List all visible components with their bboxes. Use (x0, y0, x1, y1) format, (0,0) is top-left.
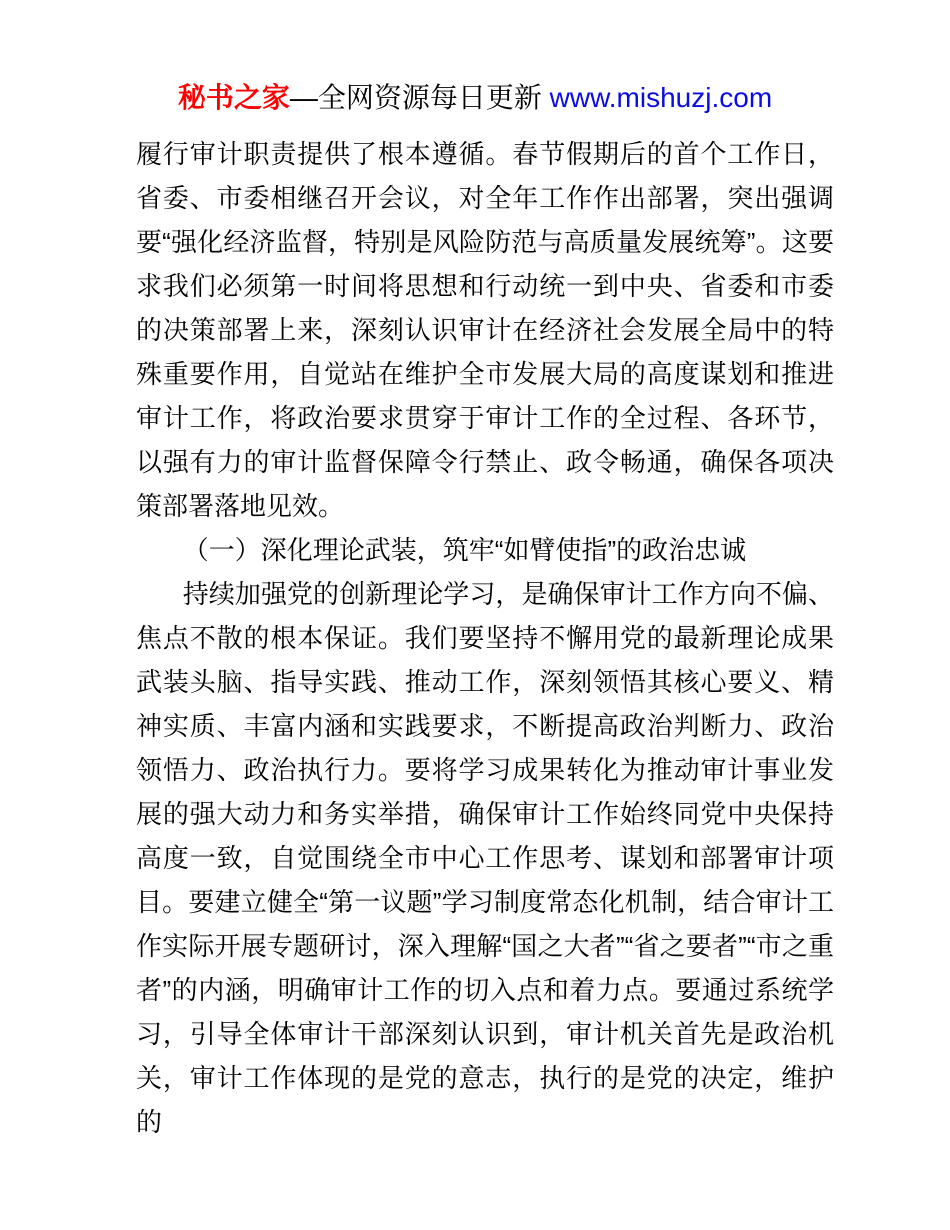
document-body: 履行审计职责提供了根本遵循。春节假期后的首个工作日，省委、市委相继召开会议，对全… (136, 132, 834, 1144)
body-paragraph: 持续加强党的创新理论学习，是确保审计工作方向不偏、焦点不散的根本保证。我们要坚持… (136, 572, 834, 1144)
section-heading: （一）深化理论武装，筑牢“如臂使指”的政治忠诚 (136, 528, 834, 572)
site-header: 秘书之家—全网资源每日更新 www.mishuzj.com (0, 80, 950, 116)
site-tagline: —全网资源每日更新 (290, 82, 550, 113)
document-page: 秘书之家—全网资源每日更新 www.mishuzj.com 履行审计职责提供了根… (0, 0, 950, 1230)
site-name: 秘书之家 (178, 82, 290, 113)
body-paragraph-continuation: 履行审计职责提供了根本遵循。春节假期后的首个工作日，省委、市委相继召开会议，对全… (136, 132, 834, 528)
site-url-link[interactable]: www.mishuzj.com (550, 82, 772, 113)
